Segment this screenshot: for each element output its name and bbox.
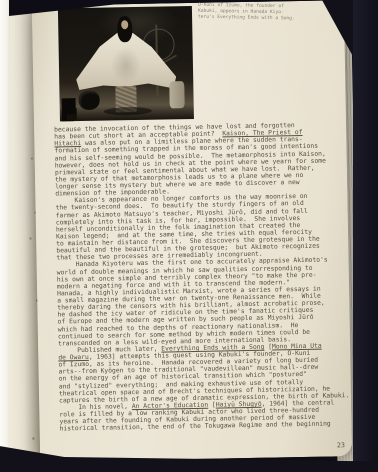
photo-caption: O-Kuni of Izumo, the founder ofKabuki, a… [198,3,316,23]
actor-face [121,20,128,29]
stage-photo [58,6,194,121]
stage-left-clutter [62,98,76,114]
stage-floor-shadow [104,107,152,116]
light-basket-prop [169,81,184,108]
body-text: because the invocation of the things we … [54,121,354,433]
cover-band-right [353,0,378,472]
robe-shading [111,47,142,84]
open-book-photograph: O-Kuni of Izumo, the founder ofKabuki, a… [0,0,378,472]
book-page: O-Kuni of Izumo, the founder ofKabuki, a… [32,0,352,462]
dark-pot-prop [78,91,99,110]
page-number: 23 [337,441,345,449]
